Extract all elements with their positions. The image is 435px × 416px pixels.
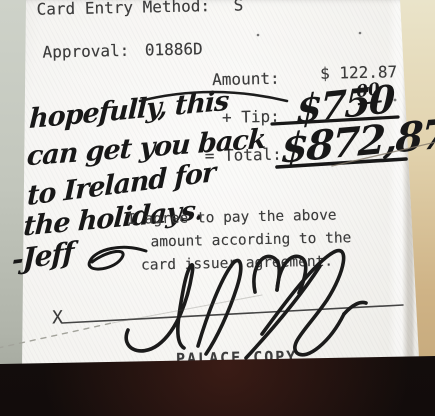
signature-x-label: X (52, 307, 63, 328)
note-line-5-signed-name: -Jeff (12, 236, 74, 277)
agreement-line-3: card issuer agreement. (141, 254, 333, 274)
agreement-line-1: I agree to pay the above (127, 208, 337, 228)
receipt-photo: Card Entry Method: S Approval: 01886D Am… (0, 0, 435, 416)
card-entry-label: Card Entry Method: (36, 0, 210, 19)
tip-cents-handwritten: 00 (355, 79, 381, 105)
approval-line: Approval: 01886D (42, 39, 203, 61)
agreement-line-2: amount according to the (150, 230, 351, 250)
approval-label: Approval: (42, 41, 129, 62)
receipt-content: Card Entry Method: S Approval: 01886D Am… (0, 0, 435, 416)
card-entry-line: Card Entry Method: S (36, 0, 243, 19)
approval-value: 01886D (145, 39, 203, 59)
card-entry-value: S (233, 0, 243, 15)
